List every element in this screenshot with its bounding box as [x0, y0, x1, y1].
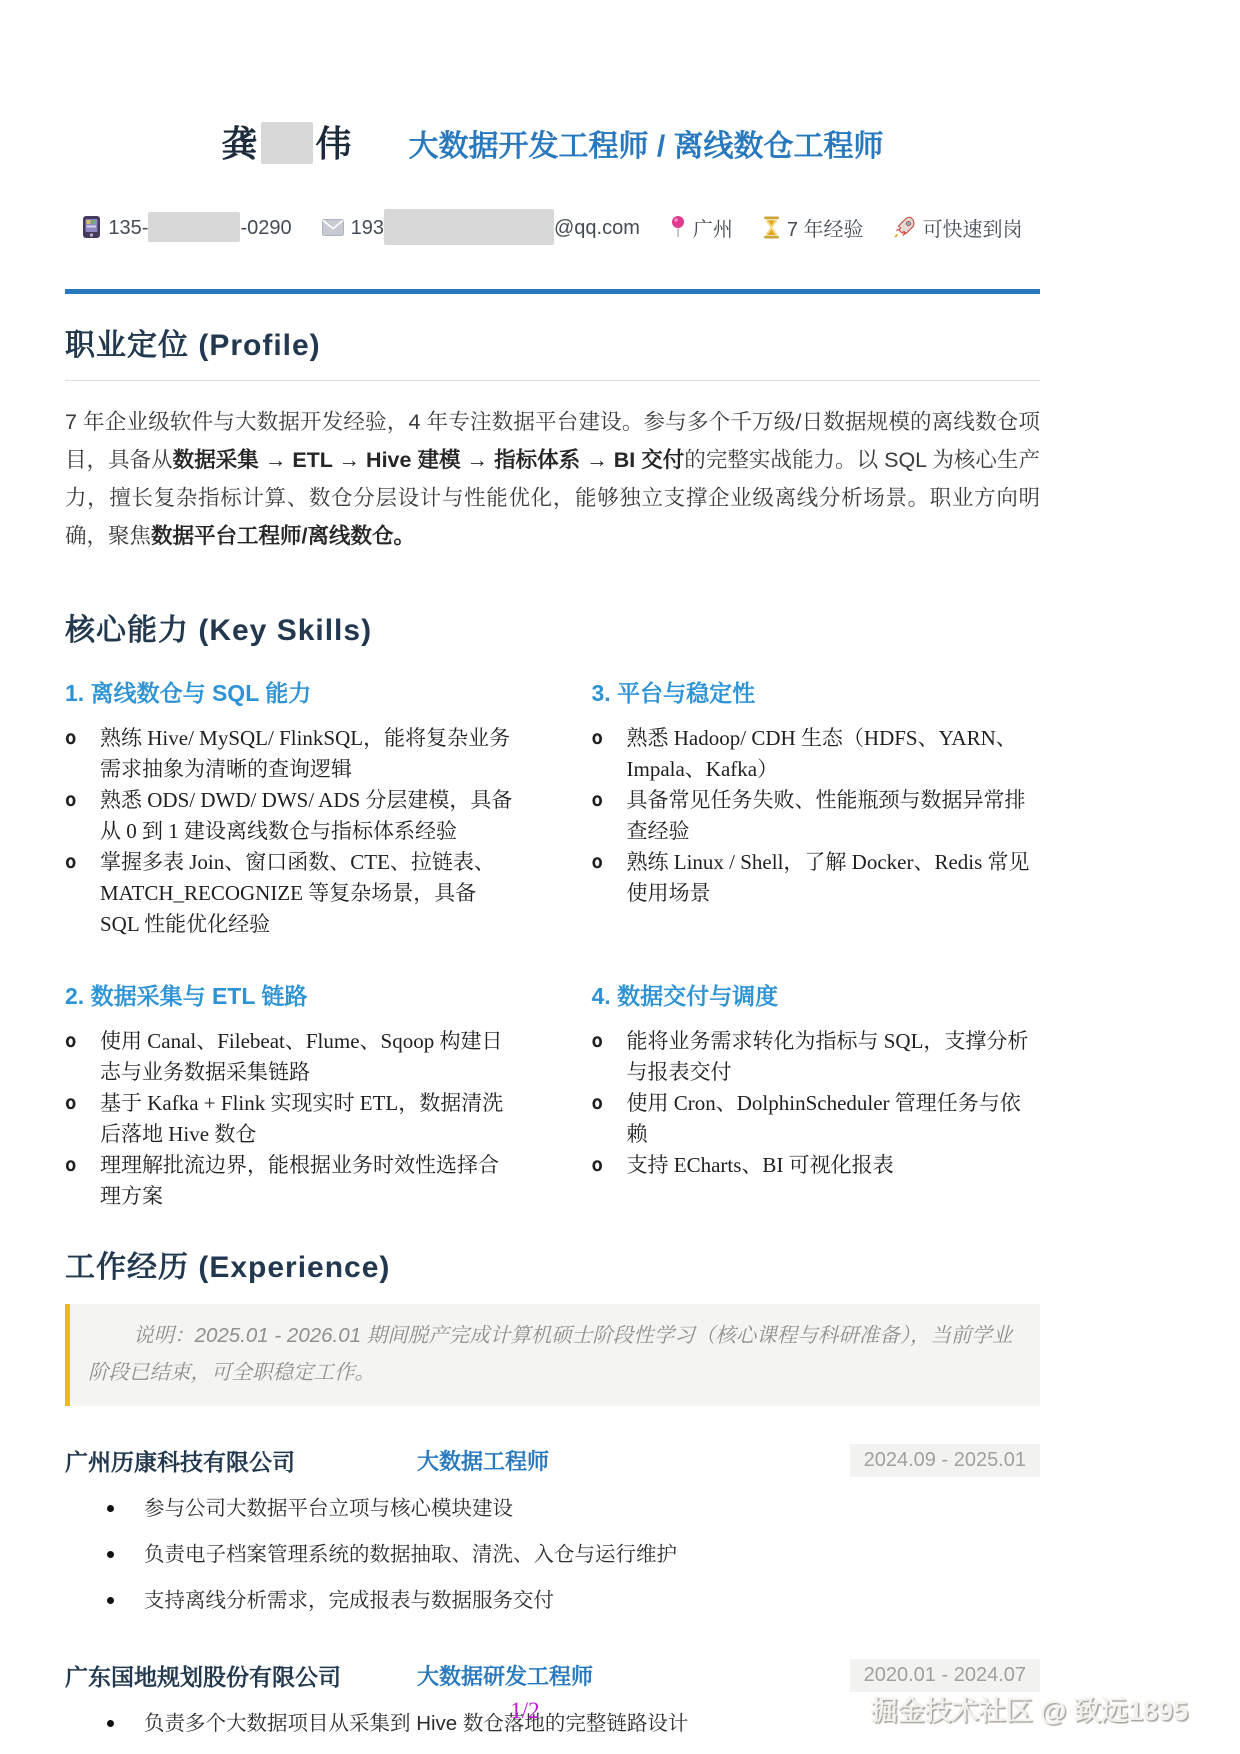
- contact-experience: 7 年经验: [763, 213, 864, 242]
- skill-item: o支持 ECharts、BI 可视化报表: [592, 1150, 1041, 1181]
- bullet-dot: [107, 1597, 114, 1604]
- job-period-badge: 2024.09 - 2025.01: [850, 1444, 1040, 1477]
- skill-item: o使用 Cron、DolphinScheduler 管理任务与依赖: [592, 1088, 1041, 1150]
- study-note-text: 说明：2025.01 - 2026.01 期间脱产完成计算机硕士阶段性学习（核心…: [88, 1324, 1012, 1384]
- email-icon: [322, 219, 344, 236]
- top-divider: [65, 289, 1040, 294]
- bullet-marker: o: [65, 1150, 100, 1212]
- bullet-marker: o: [592, 847, 627, 909]
- skill-group-4: 4. 数据交付与调度 o能将业务需求转化为指标与 SQL，支撑分析与报表交付 o…: [592, 958, 1041, 1212]
- bullet-marker: o: [65, 785, 100, 847]
- skill-group-1: 1. 离线数仓与 SQL 能力 o熟练 Hive/ MySQL/ FlinkSQ…: [65, 655, 514, 940]
- skill-item: o熟练 Hive/ MySQL/ FlinkSQL，能将复杂业务需求抽象为清晰的…: [65, 723, 514, 785]
- skills-grid: 1. 离线数仓与 SQL 能力 o熟练 Hive/ MySQL/ FlinkSQ…: [65, 655, 1040, 1212]
- bullet-marker: o: [592, 1150, 627, 1181]
- job-header: 广州历康科技有限公司 大数据工程师 2024.09 - 2025.01: [65, 1444, 1040, 1477]
- hourglass-icon: [763, 216, 780, 239]
- availability-text: 可快速到岗: [923, 213, 1023, 242]
- skill-group-title: 3. 平台与稳定性: [592, 675, 1041, 708]
- bullet-marker: o: [65, 1088, 100, 1150]
- job-bullet: 支持离线分析需求，完成报表与数据服务交付: [65, 1586, 1040, 1615]
- rocket-icon: [894, 216, 916, 238]
- bullet-marker: o: [592, 1026, 627, 1088]
- resume-content: 龚伟 大数据开发工程师 / 离线数仓工程师 135--0290 193@qq.c…: [65, 0, 1040, 1738]
- skill-item: o使用 Canal、Filebeat、Flume、Sqoop 构建日志与业务数据…: [65, 1026, 514, 1088]
- section-heading-experience: 工作经历 (Experience): [65, 1242, 1040, 1286]
- location-pin-icon: [670, 215, 686, 239]
- skill-group-title: 1. 离线数仓与 SQL 能力: [65, 675, 514, 708]
- profile-segment-bold: 数据平台工程师/离线数仓。: [151, 524, 415, 548]
- watermark: 掘金技术社区 @ 致远1895: [871, 1689, 1188, 1728]
- job-header: 广东国地规划股份有限公司 大数据研发工程师 2020.01 - 2024.07: [65, 1659, 1040, 1692]
- bullet-marker: o: [65, 723, 100, 785]
- candidate-name: 龚伟: [221, 116, 353, 167]
- email-address: 193@qq.com: [351, 209, 640, 245]
- job-entry-1: 广州历康科技有限公司 大数据工程师 2024.09 - 2025.01 参与公司…: [65, 1444, 1040, 1615]
- profile-segment-bold: 数据采集 → ETL → Hive 建模 → 指标体系 → BI 交付: [173, 448, 685, 472]
- section-heading-skills: 核心能力 (Key Skills): [65, 605, 1040, 649]
- skill-item: o熟练 Linux / Shell，了解 Docker、Redis 常见使用场景: [592, 847, 1041, 909]
- skill-item: o熟悉 ODS/ DWD/ DWS/ ADS 分层建模，具备从 0 到 1 建设…: [65, 785, 514, 847]
- contact-location: 广州: [670, 213, 733, 242]
- skill-group-title: 4. 数据交付与调度: [592, 978, 1041, 1011]
- contact-row: 135--0290 193@qq.com 广州 7 年经验 可快速到岗: [65, 209, 1040, 245]
- bullet-marker: o: [592, 785, 627, 847]
- experience-years-text: 7 年经验: [787, 213, 864, 242]
- skill-group-3: 3. 平台与稳定性 o熟悉 Hadoop/ CDH 生态（HDFS、YARN、I…: [592, 655, 1041, 940]
- skill-item: o基于 Kafka + Flink 实现实时 ETL，数据清洗后落地 Hive …: [65, 1088, 514, 1150]
- skill-item: o理理解批流边界，能根据业务时效性选择合理方案: [65, 1150, 514, 1212]
- bullet-marker: o: [65, 847, 100, 940]
- bullet-marker: o: [592, 1088, 627, 1150]
- phone-number: 135--0290: [108, 212, 291, 242]
- company-name: 广州历康科技有限公司: [65, 1444, 417, 1477]
- contact-phone: 135--0290: [82, 212, 291, 242]
- section-heading-profile: 职业定位 (Profile): [65, 320, 1040, 364]
- skill-item: o具备常见任务失败、性能瓶颈与数据异常排查经验: [592, 785, 1041, 847]
- name-last-char: 伟: [315, 123, 353, 164]
- job-role: 大数据研发工程师: [417, 1660, 593, 1691]
- skill-item: o能将业务需求转化为指标与 SQL，支撑分析与报表交付: [592, 1026, 1041, 1088]
- profile-paragraph: 7 年企业级软件与大数据开发经验，4 年专注数据平台建设。参与多个千万级/日数据…: [65, 403, 1040, 555]
- skill-group-title: 2. 数据采集与 ETL 链路: [65, 978, 514, 1011]
- skill-group-2: 2. 数据采集与 ETL 链路 o使用 Canal、Filebeat、Flume…: [65, 958, 514, 1212]
- study-note-block: 说明：2025.01 - 2026.01 期间脱产完成计算机硕士阶段性学习（核心…: [65, 1304, 1040, 1406]
- bullet-marker: o: [592, 723, 627, 785]
- job-role: 大数据工程师: [417, 1445, 549, 1476]
- resume-title: 大数据开发工程师 / 离线数仓工程师: [409, 121, 884, 165]
- profile-divider: [65, 380, 1040, 381]
- phone-redaction-box: [148, 212, 240, 242]
- contact-email: 193@qq.com: [322, 209, 640, 245]
- skill-item: o熟悉 Hadoop/ CDH 生态（HDFS、YARN、Impala、Kafk…: [592, 723, 1041, 785]
- email-redaction-box: [384, 209, 554, 245]
- phone-icon: [82, 215, 101, 239]
- location-text: 广州: [693, 213, 733, 242]
- job-bullet: 负责电子档案管理系统的数据抽取、清洗、入仓与运行维护: [65, 1540, 1040, 1569]
- company-name: 广东国地规划股份有限公司: [65, 1659, 417, 1692]
- bullet-dot: [107, 1505, 114, 1512]
- name-first-char: 龚: [221, 123, 259, 164]
- job-period-badge: 2020.01 - 2024.07: [850, 1659, 1040, 1692]
- job-bullet: 参与公司大数据平台立项与核心模块建设: [65, 1494, 1040, 1523]
- skill-item: o掌握多表 Join、窗口函数、CTE、拉链表、MATCH_RECOGNIZE …: [65, 847, 514, 940]
- bullet-dot: [107, 1551, 114, 1558]
- bullet-marker: o: [65, 1026, 100, 1088]
- resume-page: 龚伟 大数据开发工程师 / 离线数仓工程师 135--0290 193@qq.c…: [0, 0, 1240, 1754]
- contact-availability: 可快速到岗: [894, 213, 1023, 242]
- header-name-row: 龚伟 大数据开发工程师 / 离线数仓工程师: [65, 116, 1040, 167]
- name-redaction-box: [261, 122, 313, 164]
